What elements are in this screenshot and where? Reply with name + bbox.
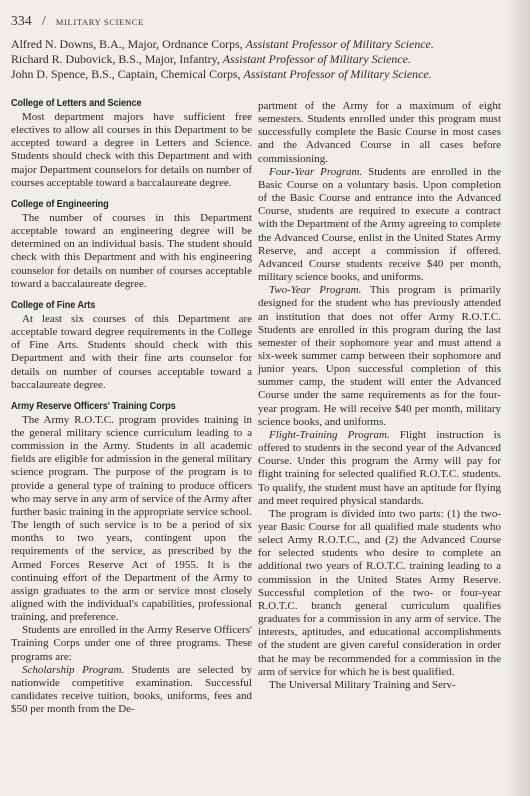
section-letters-science: College of Letters and Science Most depa…: [11, 97, 252, 190]
section-heading: Army Reserve Officers' Training Corps: [11, 400, 223, 413]
section-title: MILITARY SCIENCE: [56, 17, 144, 27]
faculty-list: Alfred N. Downs, B.A., Major, Ordnance C…: [11, 37, 511, 83]
paragraph-continued: partment of the Army for a maximum of ei…: [258, 100, 501, 166]
running-head: 334/MILITARY SCIENCE: [11, 13, 144, 29]
four-year-paragraph: Four-Year Program. Students are enrolled…: [258, 166, 501, 284]
faculty-entry: John D. Spence, B.S., Captain, Chemical …: [11, 67, 511, 82]
section-heading: College of Engineering: [11, 198, 223, 211]
paragraph: The Army R.O.T.C. program provides train…: [11, 414, 252, 625]
two-year-paragraph: Two-Year Program. This program is primar…: [258, 284, 501, 429]
section-heading: College of Letters and Science: [11, 97, 223, 110]
page-edge-shadow: [504, 0, 530, 796]
section-engineering: College of Engineering The number of cou…: [11, 198, 252, 291]
paragraph: The number of courses in this Department…: [11, 212, 252, 291]
paragraph: The Universal Military Training and Serv…: [258, 679, 501, 692]
program-label: Four-Year Program.: [269, 166, 362, 178]
right-column: partment of the Army for a maximum of ei…: [258, 100, 501, 692]
paragraph: Most department majors have sufficient f…: [11, 111, 252, 190]
section-rotc: Army Reserve Officers' Training Corps Th…: [11, 400, 252, 717]
scholarship-paragraph: Scholarship Program. Students are select…: [11, 664, 252, 717]
paragraph: At least six courses of this Department …: [11, 313, 252, 392]
program-label: Flight-Training Program.: [269, 429, 390, 441]
paragraph: Students are enrolled in the Army Reserv…: [11, 624, 252, 663]
flight-training-paragraph: Flight-Training Program. Flight instruct…: [258, 429, 501, 508]
paragraph: The program is divided into two parts: (…: [258, 508, 501, 679]
faculty-entry: Alfred N. Downs, B.A., Major, Ordnance C…: [11, 37, 511, 52]
section-fine-arts: College of Fine Arts At least six course…: [11, 299, 252, 392]
left-column: College of Letters and Science Most depa…: [11, 97, 252, 716]
separator: /: [42, 13, 46, 28]
program-label: Scholarship Program.: [22, 664, 124, 676]
page-number: 334: [11, 13, 32, 28]
faculty-entry: Richard R. Dubovick, B.S., Major, Infant…: [11, 52, 511, 67]
program-label: Two-Year Program.: [269, 284, 361, 296]
section-heading: College of Fine Arts: [11, 299, 223, 312]
